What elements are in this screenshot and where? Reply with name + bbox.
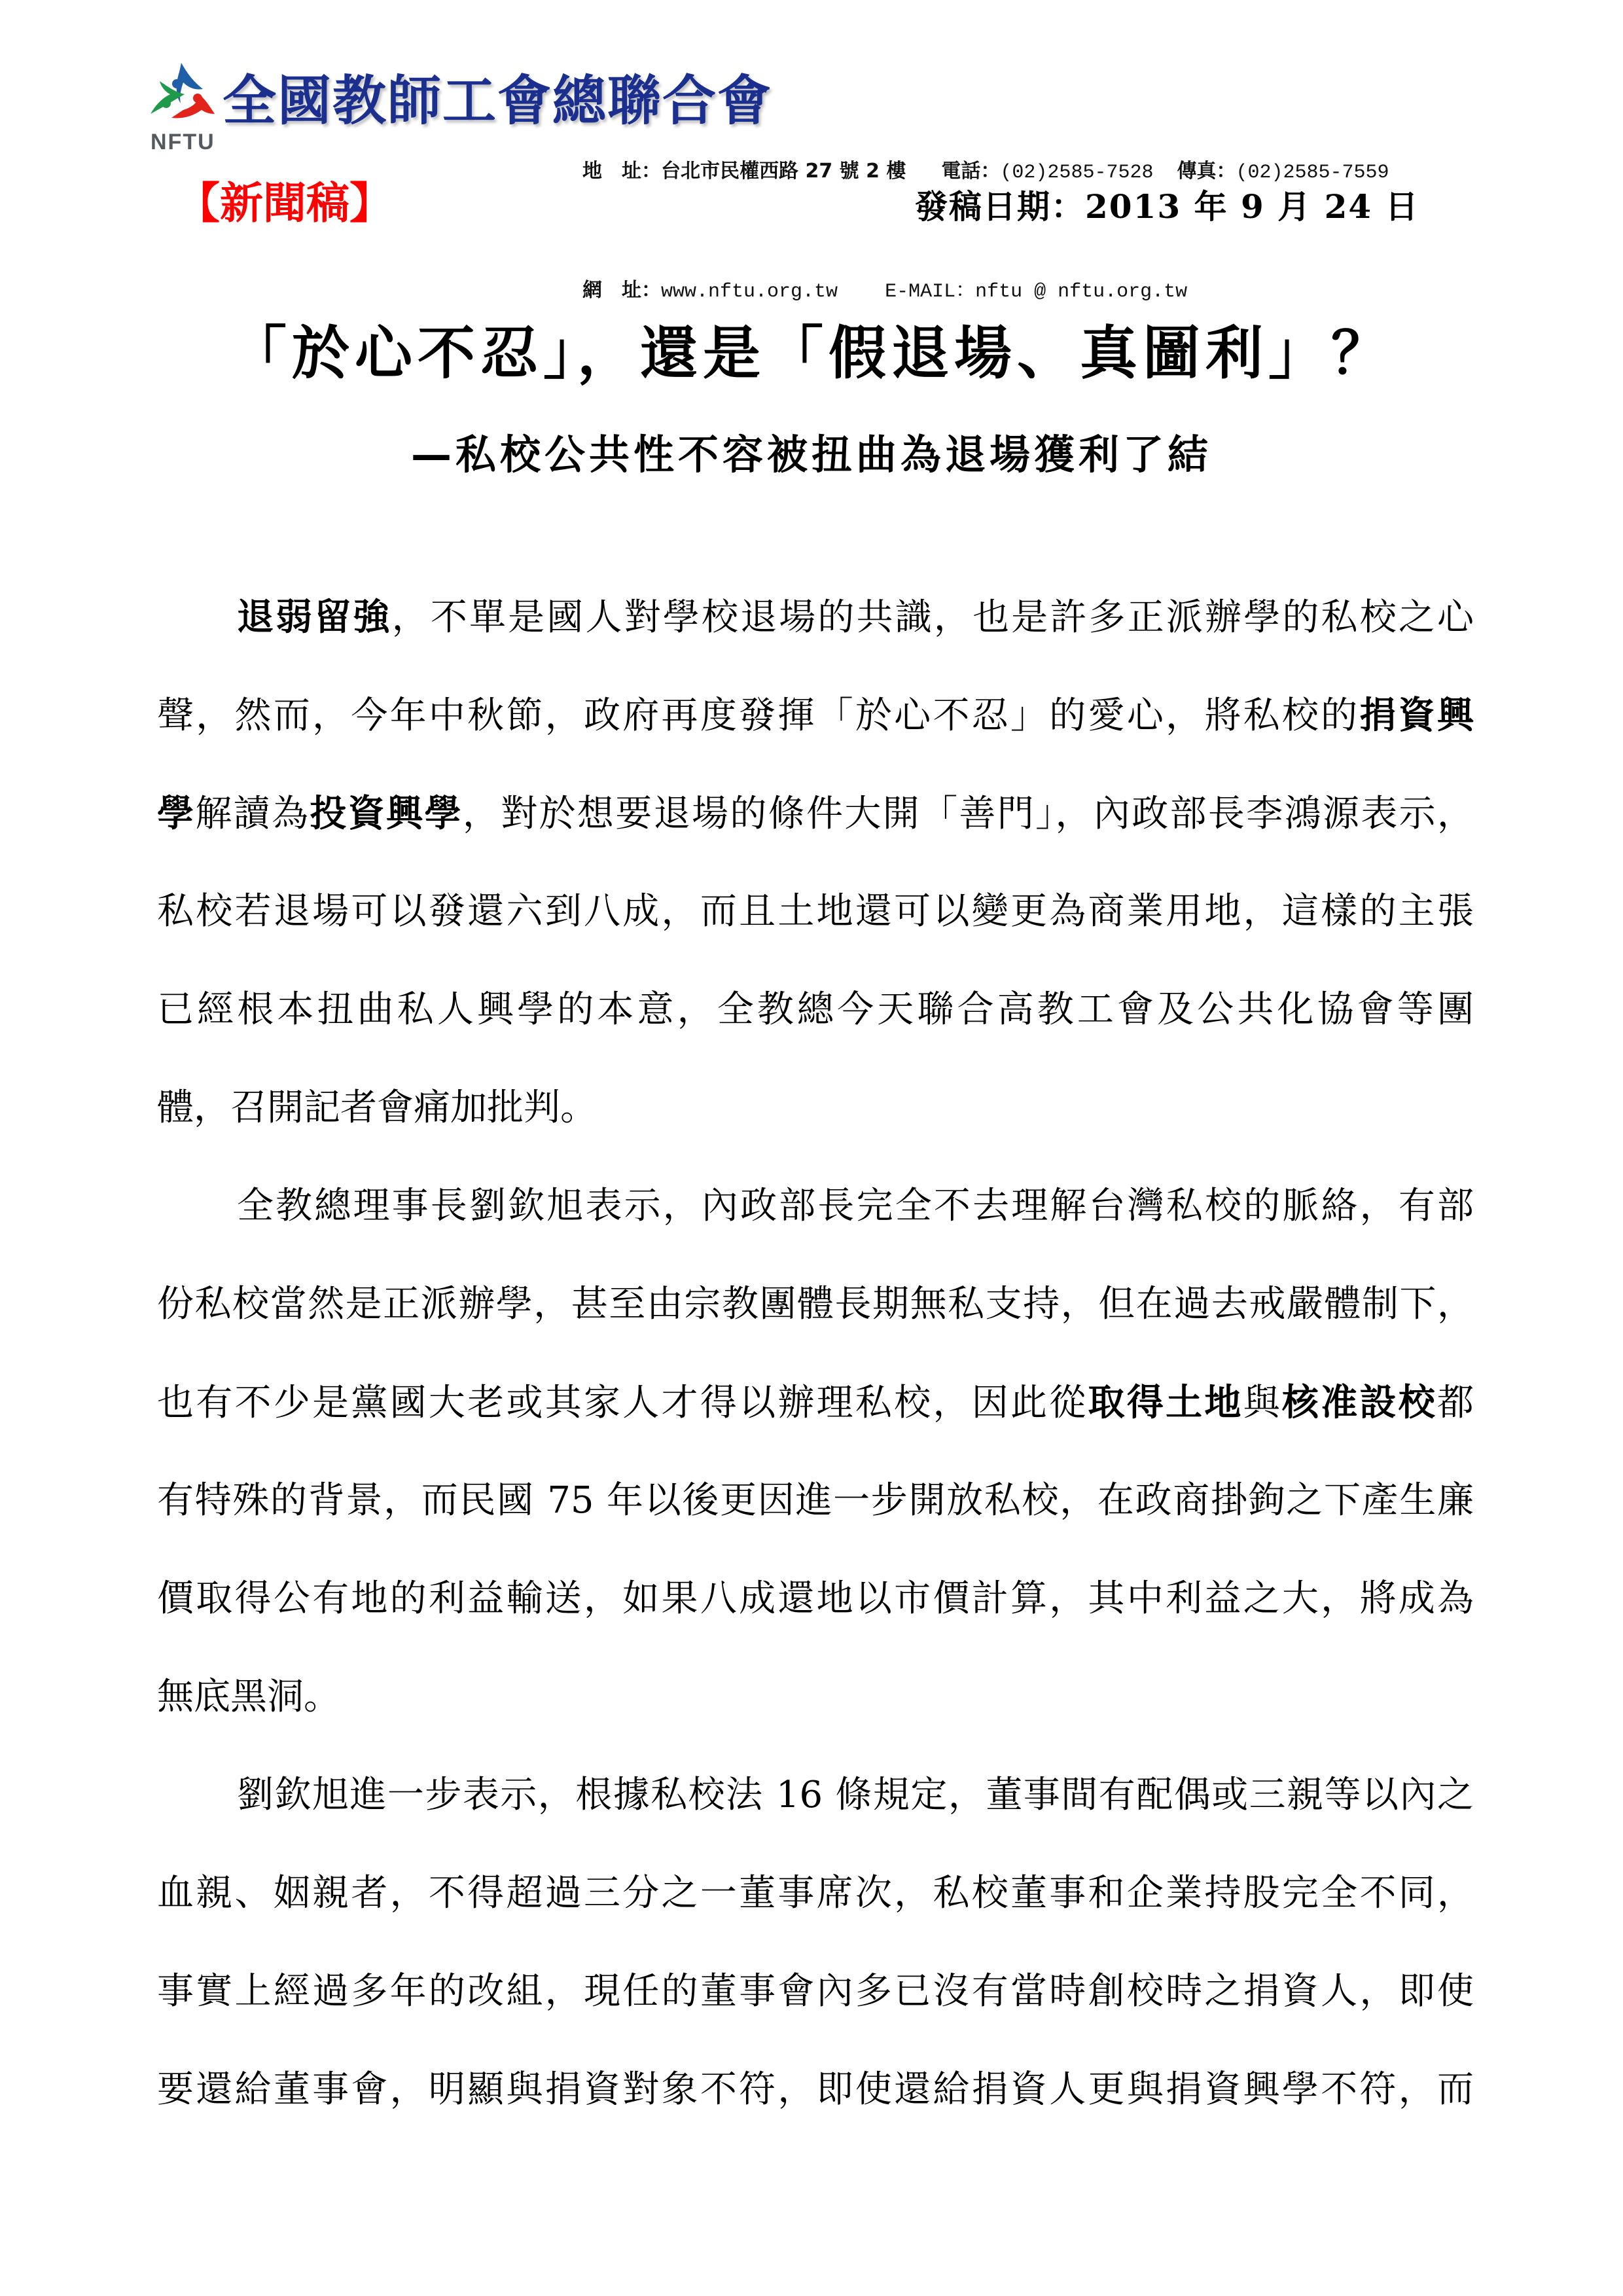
email-link[interactable]: nftu @ nftu.org.tw	[975, 281, 1187, 303]
press-release-tag: 【新聞稿】	[177, 174, 393, 233]
paragraph-line: 劉欽旭進一步表示，根據私校法 16 條規定，董事間有配偶或三親等以內之	[157, 1764, 1474, 1862]
fax-label: 傳真：	[1177, 160, 1236, 183]
body-text: 份私校當然是正派辦學，甚至由宗教團體長期無私支持，但在過去戒嚴體制下，	[157, 1283, 1474, 1325]
phone-label: 電話：	[941, 160, 1000, 183]
paragraph-line: 已經根本扭曲私人興學的本意，全教總今天聯合高教工會及公共化協會等團	[157, 978, 1474, 1077]
email-label: E-MAIL：	[885, 281, 975, 303]
paragraph-line: 體，召開記者會痛加批判。	[157, 1077, 1474, 1175]
press-release-page: NFTU 全國教師工會總聯合會 地 址：台北市民權西路 27 號 2 樓 電話：…	[0, 0, 1623, 2296]
website-link[interactable]: www.nftu.org.tw	[661, 281, 838, 303]
release-date-label: 發稿日期：	[915, 187, 1085, 226]
emphasis-text: 退弱留強	[237, 596, 392, 639]
address-value: 台北市民權西路 27 號 2 樓	[661, 160, 906, 183]
body-text: 價取得公有地的利益輸送，如果八成還地以市價計算，其中利益之大，將成為	[157, 1577, 1474, 1620]
logo-abbreviation: NFTU	[151, 130, 215, 155]
body-text: 私校若退場可以發還六到八成，而且土地還可以變更為商業用地，這樣的主張	[157, 890, 1474, 933]
paragraph-line: 事實上經過多年的改組，現任的董事會內多已沒有當時創校時之捐資人，即使	[157, 1960, 1474, 2058]
body-text: 與	[1243, 1382, 1282, 1424]
body-text: ，不單是國人對學校退場的共識，也是許多正派辦學的私校之心	[392, 596, 1474, 639]
paragraph-line: 私校若退場可以發還六到八成，而且土地還可以變更為商業用地，這樣的主張	[157, 880, 1474, 978]
body-text: 解讀為	[195, 793, 310, 835]
body-text: 事實上經過多年的改組，現任的董事會內多已沒有當時創校時之捐資人，即使	[157, 1970, 1474, 2013]
article-body: 退弱留強，不單是國人對學校退場的共識，也是許多正派辦學的私校之心聲，然而，今年中…	[157, 586, 1474, 2157]
emphasis-text: 投資興學	[310, 792, 462, 835]
paragraph: 劉欽旭進一步表示，根據私校法 16 條規定，董事間有配偶或三親等以內之血親、姻親…	[157, 1764, 1474, 2157]
body-text: 全教總理事長劉欽旭表示，內政部長完全不去理解台灣私校的脈絡，有部	[237, 1185, 1474, 1227]
body-text: 體，召開記者會痛加批判。	[157, 1086, 597, 1129]
paragraph-line: 全教總理事長劉欽旭表示，內政部長完全不去理解台灣私校的脈絡，有部	[157, 1175, 1474, 1273]
paragraph-line: 有特殊的背景，而民國 75 年以後更因進一步開放私校，在政商掛鉤之下產生廉	[157, 1469, 1474, 1568]
headline-subtitle: —私校公共性不容被扭曲為退場獲利了結	[0, 425, 1623, 484]
emphasis-text: 核准設校	[1282, 1381, 1437, 1424]
emphasis-text: 捐資興	[1359, 694, 1474, 737]
emphasis-text: 取得土地	[1088, 1381, 1243, 1424]
paragraph-line: 要還給董事會，明顯與捐資對象不符，即使還給捐資人更與捐資興學不符，而	[157, 2058, 1474, 2157]
nftu-emblem-icon	[145, 58, 217, 130]
website-label: 網 址：	[582, 279, 661, 302]
nftu-logo: NFTU 全國教師工會總聯合會	[145, 58, 551, 156]
body-text: 也有不少是黨國大老或其家人才得以辦理私校，因此從	[157, 1382, 1088, 1424]
emphasis-text: 學	[157, 792, 195, 835]
release-date-value: 2013 年 9 月 24 日	[1085, 187, 1419, 226]
body-text: 血親、姻親者，不得超過三分之一董事席次，私校董事和企業持股完全不同，	[157, 1872, 1474, 1914]
paragraph-line: 無底黑洞。	[157, 1666, 1474, 1764]
paragraph: 全教總理事長劉欽旭表示，內政部長完全不去理解台灣私校的脈絡，有部份私校當然是正派…	[157, 1175, 1474, 1764]
body-text: 聲，然而，今年中秋節，政府再度發揮「於心不忍」的愛心，將私校的	[157, 694, 1359, 737]
contact-row-web: 網 址：www.nftu.org.tw E-MAIL：nftu @ nftu.o…	[582, 271, 1389, 312]
body-text: 有特殊的背景，而民國 75 年以後更因進一步開放私校，在政商掛鉤之下產生廉	[157, 1479, 1474, 1522]
paragraph-line: 學解讀為投資興學，對於想要退場的條件大開「善門」，內政部長李鴻源表示，	[157, 782, 1474, 880]
paragraph: 退弱留強，不單是國人對學校退場的共識，也是許多正派辦學的私校之心聲，然而，今年中…	[157, 586, 1474, 1175]
headline-title: 「於心不忍」，還是「假退場、真圖利」？	[0, 314, 1623, 393]
paragraph-line: 價取得公有地的利益輸送，如果八成還地以市價計算，其中利益之大，將成為	[157, 1568, 1474, 1666]
address-label: 地 址：	[582, 160, 661, 183]
paragraph-line: 退弱留強，不單是國人對學校退場的共識，也是許多正派辦學的私校之心	[157, 586, 1474, 684]
body-text: 無底黑洞。	[157, 1676, 340, 1718]
paragraph-line: 份私校當然是正派辦學，甚至由宗教團體長期無私支持，但在過去戒嚴體制下，	[157, 1273, 1474, 1371]
paragraph-line: 也有不少是黨國大老或其家人才得以辦理私校，因此從取得土地與核准設校都	[157, 1371, 1474, 1469]
body-text: 都	[1437, 1382, 1474, 1424]
paragraph-line: 聲，然而，今年中秋節，政府再度發揮「於心不忍」的愛心，將私校的捐資興	[157, 684, 1474, 782]
release-date: 發稿日期：2013 年 9 月 24 日	[915, 181, 1419, 233]
body-text: 要還給董事會，明顯與捐資對象不符，即使還給捐資人更與捐資興學不符，而	[157, 2068, 1474, 2111]
body-text: ，對於想要退場的條件大開「善門」，內政部長李鴻源表示，	[463, 793, 1474, 835]
body-text: 劉欽旭進一步表示，根據私校法 16 條規定，董事間有配偶或三親等以內之	[237, 1774, 1474, 1816]
paragraph-line: 血親、姻親者，不得超過三分之一董事席次，私校董事和企業持股完全不同，	[157, 1862, 1474, 1960]
body-text: 已經根本扭曲私人興學的本意，全教總今天聯合高教工會及公共化協會等團	[157, 988, 1474, 1031]
